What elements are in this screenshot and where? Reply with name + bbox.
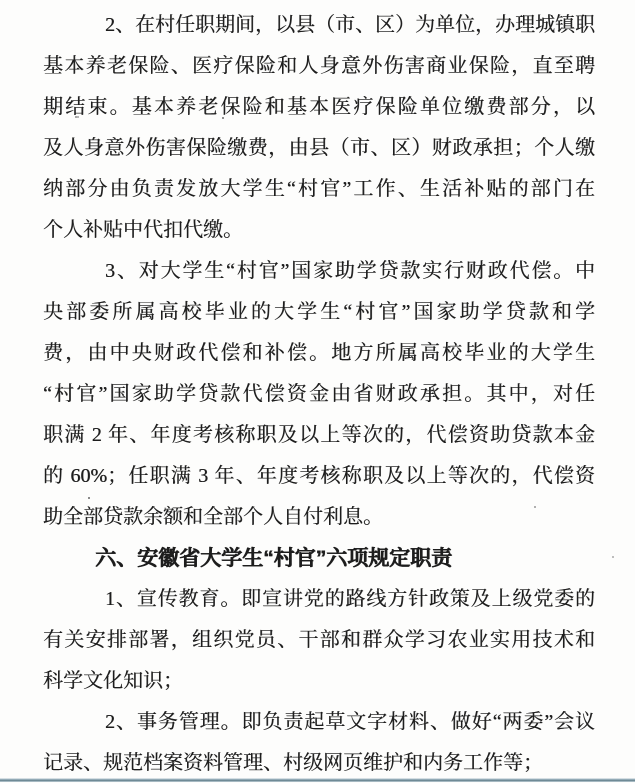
scan-artifacts [0, 0, 2, 2]
section-heading: 六、安徽省大学生“村官”六项规定职责 [43, 538, 595, 579]
text-line: 个人补贴中代扣代缴。 [43, 210, 595, 251]
text-line: 的 60%；任职满 3 年、年度考核称职及以上等次的，代偿资 [43, 456, 595, 497]
text-line: 助全部贷款余额和全部个人自付利息。 [43, 497, 595, 538]
document-text: 2、在村任职期间，以县（市、区）为单位，办理城镇职工 基本养老保险、医疗保险和人… [43, 5, 595, 783]
text-line: 3、对大学生“村官”国家助学贷款实行财政代偿。中 [43, 251, 595, 292]
text-line: 1、宣传教育。即宣讲党的路线方针政策及上级党委的 [43, 579, 595, 620]
text-line: 及人身意外伤害保险缴费，由县（市、区）财政承担；个人缴 [43, 128, 595, 169]
text-line: 记录、规范档案资料管理、村级网页维护和内务工作等； [43, 743, 595, 783]
text-line: 基本养老保险、医疗保险和人身意外伤害商业保险，直至聘 [43, 46, 595, 87]
text-line: 央部委所属高校毕业的大学生“村官”国家助学贷款和学 [43, 292, 595, 333]
text-line: “村官”国家助学贷款代偿资金由省财政承担。其中，对任 [43, 374, 595, 415]
text-line: 2、在村任职期间，以县（市、区）为单位，办理城镇职工 [43, 5, 595, 46]
text-line: 科学文化知识； [43, 661, 595, 702]
text-line: 费，由中央财政代偿和补偿。地方所属高校毕业的大学生 [43, 333, 595, 374]
page-bottom-edge-line [0, 778, 635, 782]
text-line: 期结束。基本养老保险和基本医疗保险单位缴费部分，以 [43, 87, 595, 128]
document-page: 2、在村任职期间，以县（市、区）为单位，办理城镇职工 基本养老保险、医疗保险和人… [0, 0, 635, 783]
text-line: 有关安排部署，组织党员、干部和群众学习农业实用技术和 [43, 620, 595, 661]
text-line: 职满 2 年、年度考核称职及以上等次的，代偿资助贷款本金 [43, 415, 595, 456]
text-line: 纳部分由负责发放大学生“村官”工作、生活补贴的部门在 [43, 169, 595, 210]
text-line: 2、事务管理。即负责起草文字材料、做好“两委”会议 [43, 702, 595, 743]
